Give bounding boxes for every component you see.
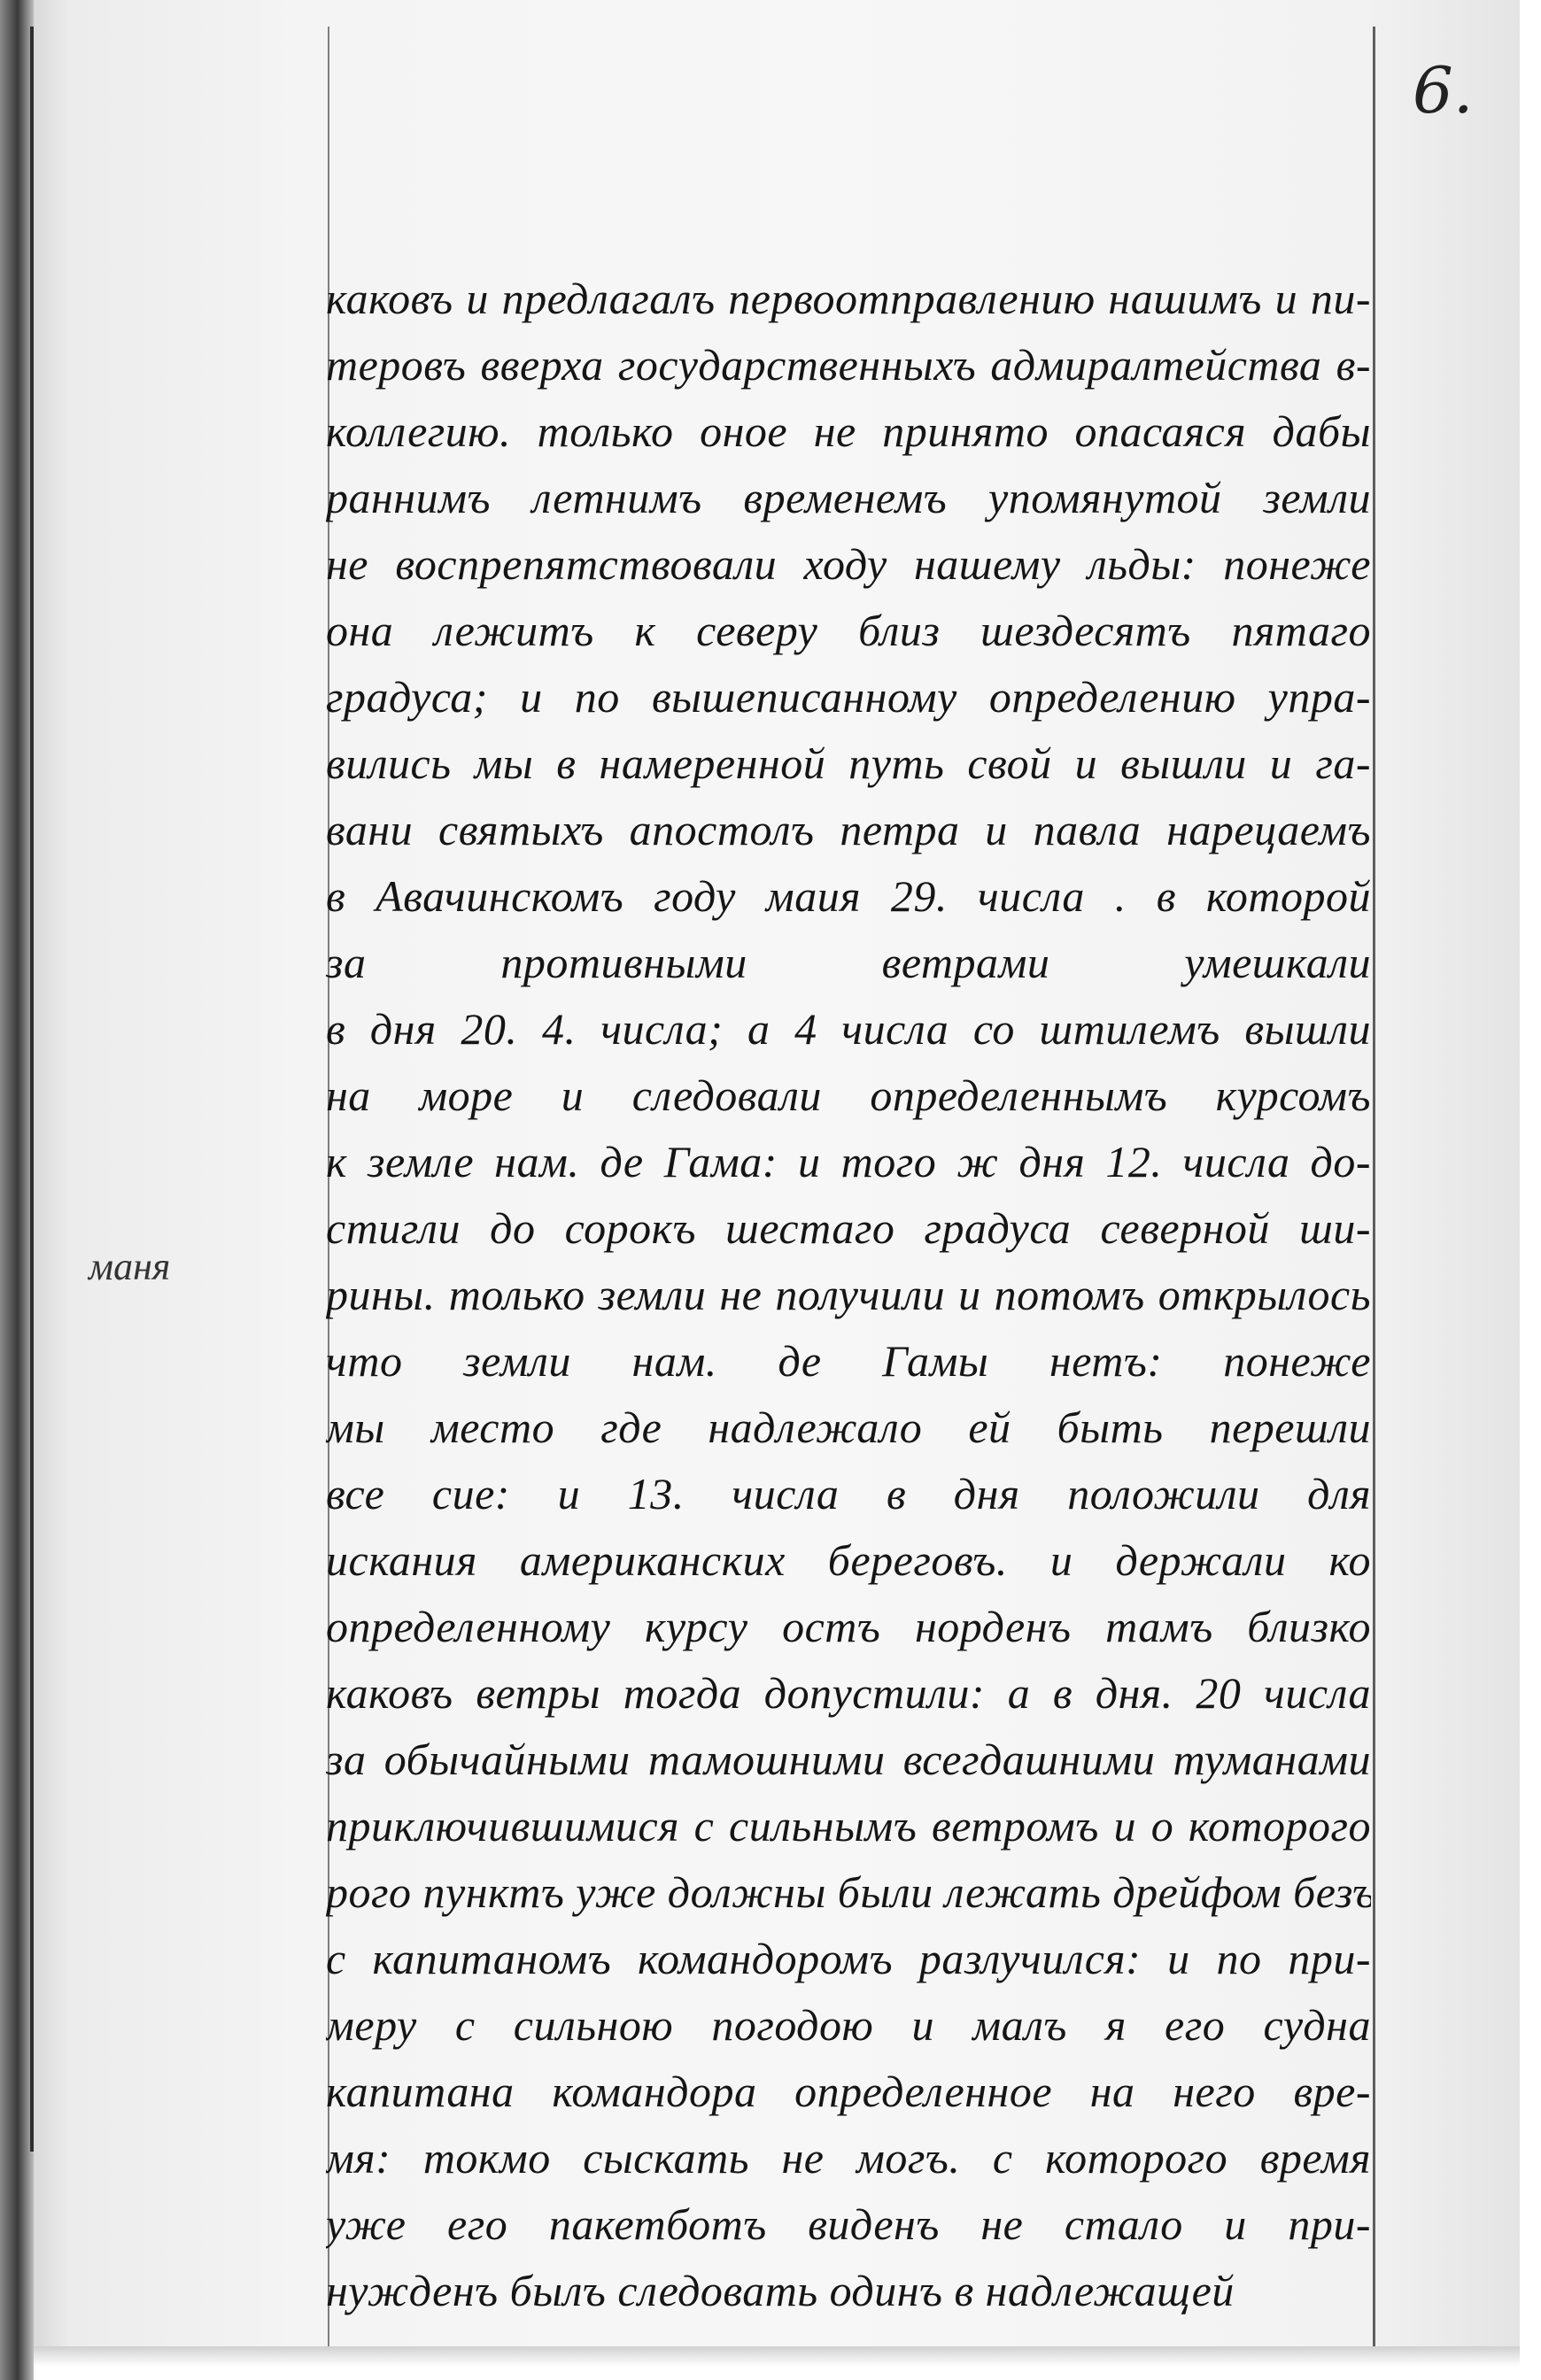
margin-note: маня [89,1244,170,1289]
text-line: каковъ ветры тогда допустили: а в дня. 2… [326,1660,1371,1727]
text-line: определенному курсу остъ норденъ тамъ бл… [326,1594,1371,1660]
text-line: с капитаномъ командоромъ разлучился: и п… [326,1926,1371,1992]
page-bottom-edge [34,2346,1520,2380]
text-line: что земли нам. де Гамы нетъ: понеже [326,1328,1371,1395]
text-line: все сие: и 13. числа в дня положили для [326,1461,1371,1527]
handwritten-text-block: каковъ и предлагалъ первоотправлению наш… [326,266,1371,2324]
text-line: уже его пакетботъ виденъ не стало и при- [326,2191,1371,2258]
text-line: рого пунктъ уже должны были лежать дрейф… [326,1859,1371,1926]
page-number: 6. [1413,53,1474,127]
text-line: рины. только земли не получили и потомъ … [326,1262,1371,1328]
text-line: искания американских береговъ. и держали… [326,1527,1371,1594]
text-line: мы место где надлежало ей быть перешли [326,1395,1371,1461]
text-line: в Авачинскомъ году маия 29. числа . в ко… [326,863,1371,930]
text-line: меру с сильною погодою и малъ я его судн… [326,1992,1371,2059]
page-edge-line [30,27,34,2152]
text-line: вились мы в намеренной путь свой и вышли… [326,730,1371,797]
text-line: к земле нам. де Гама: и того ж дня 12. ч… [326,1129,1371,1195]
text-line: капитана командора определенное на него … [326,2059,1371,2125]
right-margin-line [1373,27,1375,2355]
text-line: коллегию. только оное не принято опасаяс… [326,398,1371,465]
text-line: в дня 20. 4. числа; а 4 числа со штилемъ… [326,996,1371,1062]
text-line: вани святыхъ апостолъ петра и павла наре… [326,797,1371,863]
text-line: стигли до сорокъ шестаго градуса северно… [326,1195,1371,1262]
text-line: теровъ вверха государственныхъ адмиралте… [326,332,1371,398]
text-line: раннимъ летнимъ временемъ упомянутой зем… [326,465,1371,531]
text-line: мя: токмо сыскать не могъ. с которого вр… [326,2125,1371,2191]
text-line: она лежитъ к северу близ шездесятъ пятаг… [326,598,1371,664]
text-line: за обычайными тамошними всегдашними тума… [326,1727,1371,1793]
text-line: приключившимися с сильнымъ ветромъ и о к… [326,1793,1371,1859]
text-line: нужденъ былъ следовать одинъ в надлежаще… [326,2258,1371,2324]
text-line: за противными ветрами умешкали [326,930,1371,996]
book-spine [0,0,34,2380]
text-line: каковъ и предлагалъ первоотправлению наш… [326,266,1371,332]
text-line: градуса; и по вышеписанному определению … [326,664,1371,730]
text-line: не воспрепятствовали ходу нашему льды: п… [326,531,1371,598]
text-line: на море и следовали определеннымъ курсом… [326,1062,1371,1129]
